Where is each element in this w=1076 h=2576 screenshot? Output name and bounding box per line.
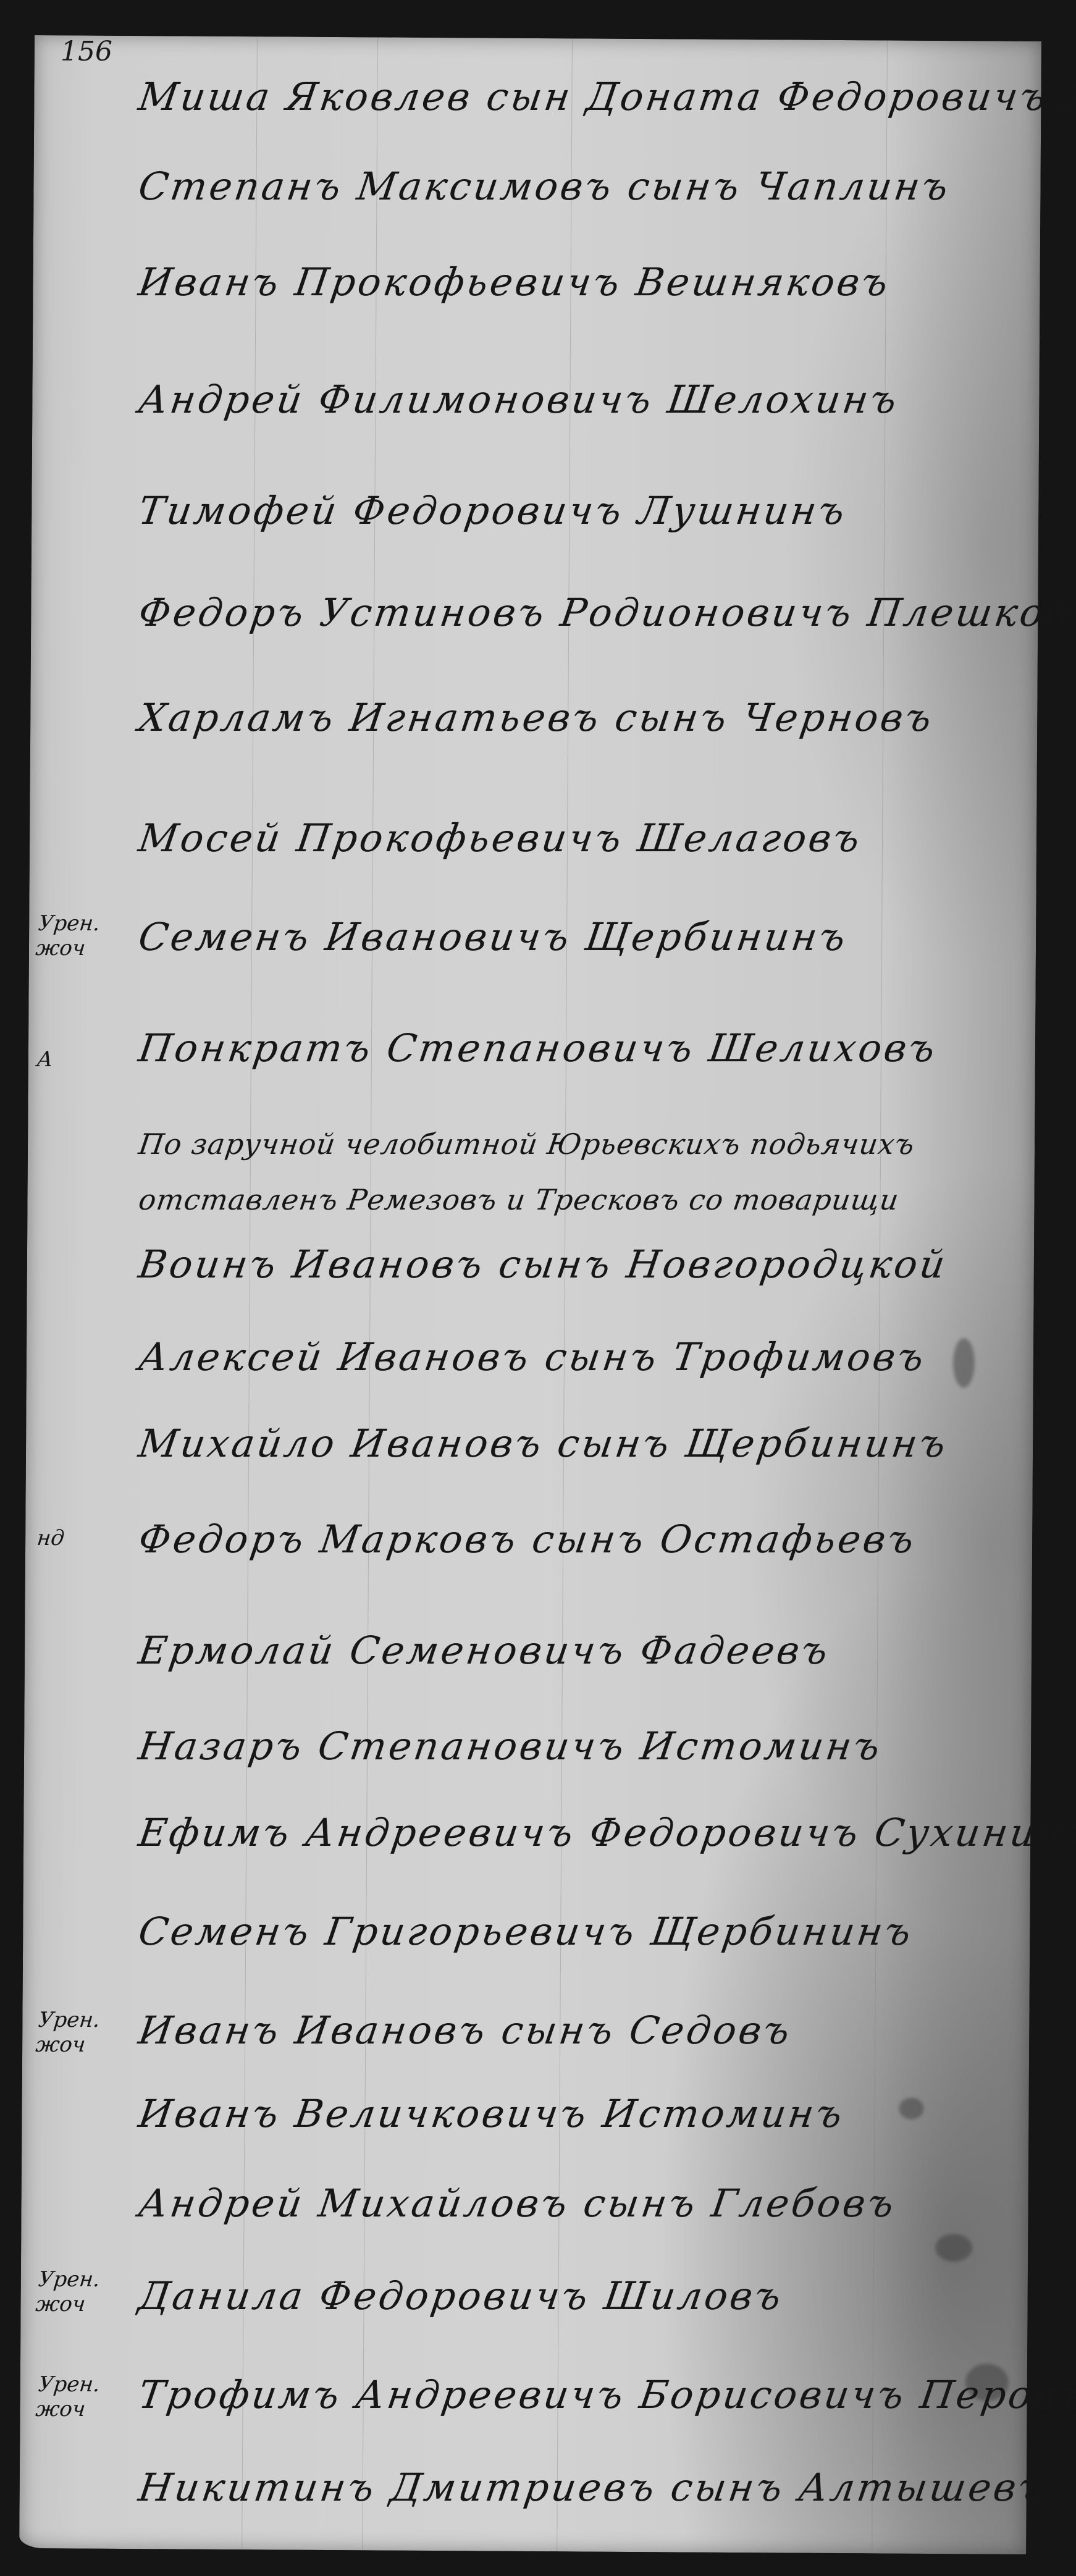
manuscript-line: Ефимъ Андреевичъ Федоровичъ Сухининъ bbox=[136, 1810, 1076, 1855]
ink-stain bbox=[899, 2098, 923, 2119]
manuscript-line: Миша Яковлев сын Доната Федоровичъ Хорош… bbox=[136, 74, 1076, 119]
manuscript-line: Иванъ Прокофьевичъ Вешняковъ bbox=[136, 259, 893, 305]
manuscript-line: По заручной челобитной Юрьевскихъ подьяч… bbox=[137, 1127, 917, 1161]
manuscript-line: Федоръ Устиновъ Родионовичъ Плешковъ bbox=[136, 590, 1076, 635]
manuscript-line: Тимофей Федоровичъ Лушнинъ bbox=[136, 488, 850, 533]
margin-note: Урен. жоч bbox=[35, 2008, 101, 2057]
manuscript-line: Воинъ Ивановъ сынъ Новгородцкой bbox=[136, 1242, 950, 1287]
manuscript-line: Никитинъ Дмитриевъ сынъ Алтышевъ bbox=[136, 2465, 1049, 2510]
manuscript-line: Трофимъ Андреевичъ Борисовичъ Перовъ bbox=[136, 2372, 1076, 2417]
manuscript-line: отставленъ Ремезовъ и Тресковъ со товари… bbox=[137, 1183, 901, 1216]
folio-number: 156 bbox=[61, 36, 112, 67]
manuscript-line: Мосей Прокофьевичъ Шелаговъ bbox=[136, 815, 865, 861]
manuscript-line: Михайло Ивановъ сынъ Щербининъ bbox=[136, 1421, 951, 1466]
manuscript-line: Назаръ Степановичъ Истоминъ bbox=[136, 1724, 885, 1769]
manuscript-line: Семенъ Григорьевичъ Щербининъ bbox=[136, 1909, 916, 1954]
manuscript-line: Харламъ Игнатьевъ сынъ Черновъ bbox=[136, 695, 936, 740]
manuscript-line: Андрей Филимоновичъ Шелохинъ bbox=[136, 377, 902, 422]
manuscript-line: Андрей Михайловъ сынъ Глебовъ bbox=[136, 2181, 899, 2226]
manuscript-line: Степанъ Максимовъ сынъ Чаплинъ bbox=[136, 164, 953, 209]
manuscript-line: Федоръ Марковъ сынъ Остафьевъ bbox=[136, 1517, 919, 1562]
ink-stain bbox=[935, 2234, 972, 2262]
margin-note: нд bbox=[36, 1526, 65, 1551]
manuscript-line: Данила Федоровичъ Шиловъ bbox=[136, 2273, 786, 2318]
manuscript-line: Ермолай Семеновичъ Фадеевъ bbox=[136, 1628, 833, 1673]
ink-stain bbox=[953, 1338, 975, 1387]
margin-note: Урен. жоч bbox=[35, 2267, 101, 2317]
manuscript-line: Алексей Ивановъ сынъ Трофимовъ bbox=[136, 1334, 929, 1379]
manuscript-line: Семенъ Ивановичъ Щербининъ bbox=[136, 914, 851, 959]
manuscript-line: Иванъ Величковичъ Истоминъ bbox=[136, 2091, 847, 2136]
margin-note: А bbox=[36, 1047, 54, 1072]
manuscript-line: Иванъ Ивановъ сынъ Седовъ bbox=[136, 2008, 795, 2053]
manuscript-line: Понкратъ Степановичъ Шелиховъ bbox=[136, 1025, 940, 1071]
margin-note: Урен. жоч bbox=[35, 2372, 101, 2422]
margin-note: Урен. жоч bbox=[35, 911, 101, 961]
